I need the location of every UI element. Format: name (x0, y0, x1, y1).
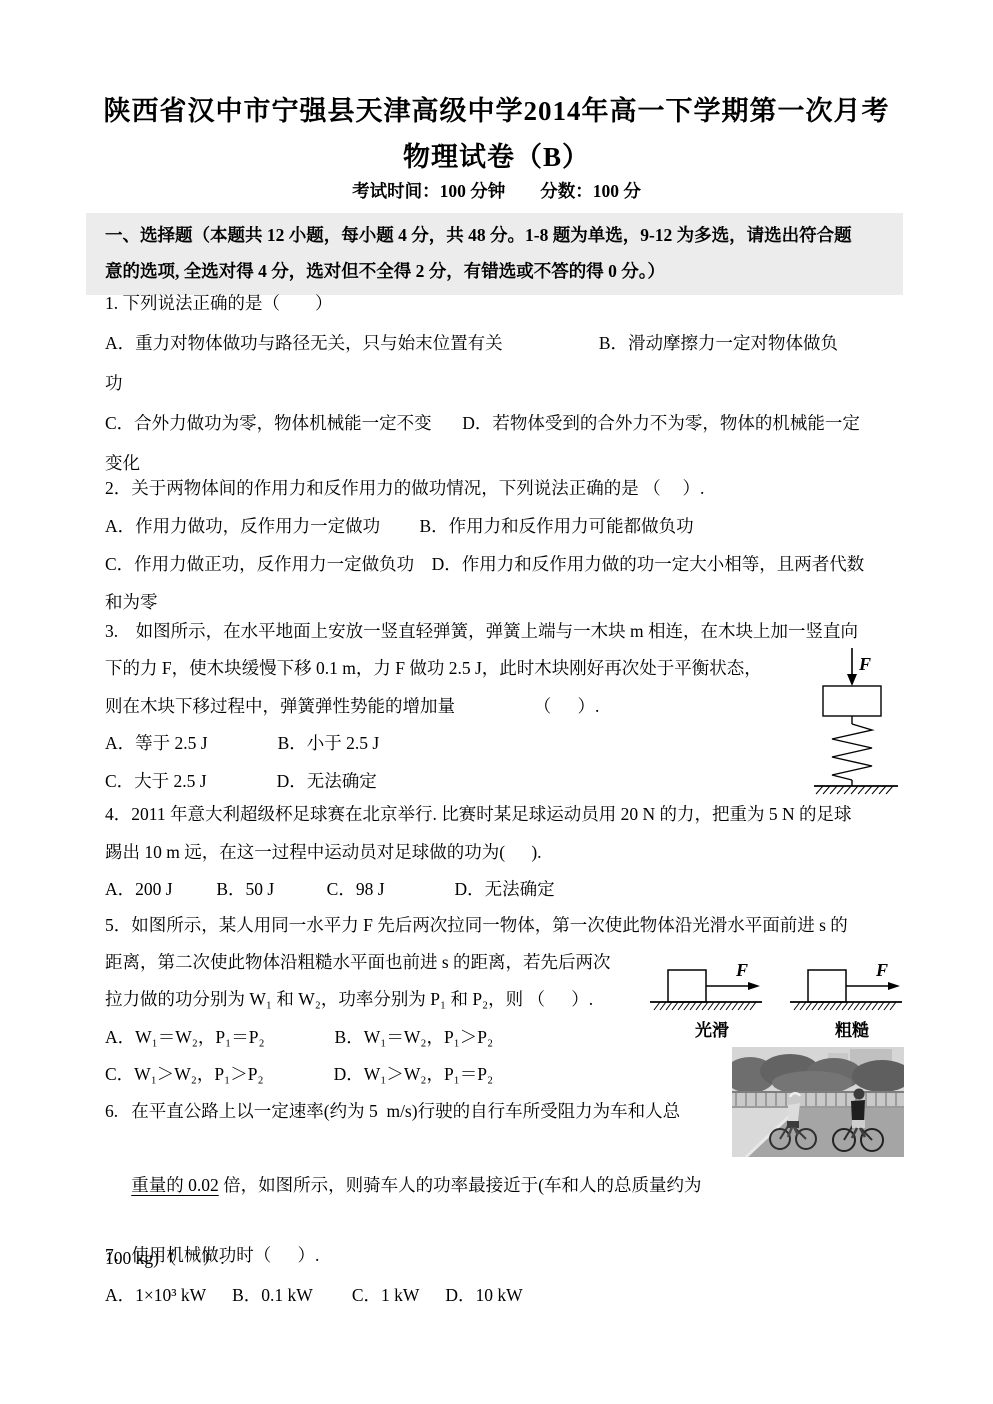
surface-caption: 光滑 (695, 1020, 730, 1040)
question-2: 2．关于两物体间的作用力和反作用力的做功情况，下列说法正确的是 （ ）. A．作… (105, 469, 925, 621)
question-line: C．W₁＞W₂，P₁＞P₂ D．W₁＞W₂，P₁＝P₂ (105, 1056, 725, 1093)
question-line: 下的力 F，使木块缓慢下移 0.1 m，力 F 做功 2.5 J，此时木块刚好再… (105, 650, 805, 687)
question-line: A．200 J B．50 J C．98 J D．无法确定 (105, 871, 925, 909)
question-line: A．重力对物体做功与路径无关，只与始末位置有关 B．滑动摩擦力一定对物体做负 (105, 323, 925, 363)
question-line: 距离，第二次使此物体沿粗糙水平面也前进 s 的距离，若先后两次 (105, 944, 725, 981)
question-line-rest: 倍，如图所示，则骑车人的功率最接近于(车和人的总质量约为 (219, 1175, 702, 1195)
cyclists-photo (732, 1047, 904, 1157)
question-line: A．等于 2.5 J B．小于 2.5 J (105, 725, 805, 762)
question-line: 1. 下列说法正确的是（ ） (105, 283, 925, 323)
smooth-surface-diagram: F 光滑 (650, 960, 762, 1040)
question-line: 重量的 0.02 倍，如图所示，则骑车人的功率最接近于(车和人的总质量约为 (105, 1130, 735, 1240)
question-line: 踢出 10 m 远，在这一过程中运动员对足球做的功为( ). (105, 834, 925, 872)
question-line: 2．关于两物体间的作用力和反作用力的做功情况，下列说法正确的是 （ ）. (105, 469, 925, 507)
question-line: A．作用力做功，反作用力一定做功 B．作用力和反作用力可能都做负功 (105, 507, 925, 545)
question-line: 5．如图所示，某人用同一水平力 F 先后两次拉同一物体，第一次使此物体沿光滑水平… (105, 907, 725, 944)
ground-hatching (816, 786, 893, 794)
question-4: 4．2011 年意大利超级杯足球赛在北京举行. 比赛时某足球运动员用 20 N … (105, 796, 925, 909)
surface-caption: 粗糙 (835, 1020, 869, 1040)
rough-surface-diagram: F 粗糙 (790, 960, 902, 1040)
block (808, 970, 846, 1002)
underlined-value: 重量的 0.02 (131, 1175, 219, 1195)
question-line: 功 (105, 363, 925, 403)
ground-hatching (794, 1002, 896, 1010)
question-line: 6. 在平直公路上以一定速率(约为 5 m/s)行驶的自行车所受阻力为车和人总 (105, 1093, 735, 1130)
spring-block-figure: F (806, 646, 906, 798)
page-title: 陕西省汉中市宁强县天津高级中学2014年高一下学期第一次月考 物理试卷（B） (0, 88, 993, 180)
question-3: 3. 如图所示，在水平地面上安放一竖直轻弹簧，弹簧上端与一木块 m 相连，在木块… (105, 613, 805, 800)
force-label: F (858, 654, 871, 674)
photo-railing (732, 1091, 904, 1108)
question-line: C．作用力做正功，反作用力一定做负功 D．作用力和反作用力做的功一定大小相等，且… (105, 545, 925, 583)
question-5: 5．如图所示，某人用同一水平力 F 先后两次拉同一物体，第一次使此物体沿光滑水平… (105, 907, 725, 1093)
question-line: 4．2011 年意大利超级杯足球赛在北京举行. 比赛时某足球运动员用 20 N … (105, 796, 925, 834)
force-arrow-head (748, 982, 760, 990)
page-title-line2: 物理试卷（B） (0, 134, 993, 180)
friction-surfaces-figure: F 光滑 F 粗糙 (648, 948, 910, 1043)
spring-coil (832, 724, 872, 780)
question-line: A．1×10³ kW B．0.1 kW C．1 kW D．10 kW (105, 1277, 735, 1314)
question-line: C．合外力做功为零，物体机械能一定不变 D．若物体受到的合外力不为零，物体的机械… (105, 403, 925, 443)
block-m (823, 686, 881, 716)
section-header-line: 一、选择题（本题共 12 小题，每小题 4 分，共 48 分。1-8 题为单选，… (105, 217, 895, 253)
question-line: 3. 如图所示，在水平地面上安放一竖直轻弹簧，弹簧上端与一木块 m 相连，在木块… (105, 613, 805, 650)
question-line: 则在木块下移过程中，弹簧弹性势能的增加量 （ ）. (105, 688, 805, 725)
question-line: A．W₁＝W₂，P₁＝P₂ B．W₁＝W₂，P₁＞P₂ (105, 1019, 725, 1056)
question-1: 1. 下列说法正确的是（ ） A．重力对物体做功与路径无关，只与始末位置有关 B… (105, 283, 925, 483)
question-7: 7．使用机械做功时（ ）. (105, 1237, 705, 1274)
exam-meta: 考试时间：100 分钟 分数：100 分 (0, 178, 993, 203)
force-label: F (875, 960, 888, 980)
force-label: F (735, 960, 748, 980)
exam-page: 陕西省汉中市宁强县天津高级中学2014年高一下学期第一次月考 物理试卷（B） 考… (0, 0, 993, 1404)
page-title-line1: 陕西省汉中市宁强县天津高级中学2014年高一下学期第一次月考 (0, 88, 993, 134)
block (668, 970, 706, 1002)
question-6: 6. 在平直公路上以一定速率(约为 5 m/s)行驶的自行车所受阻力为车和人总 … (105, 1093, 735, 1314)
question-line: C．大于 2.5 J D．无法确定 (105, 763, 805, 800)
force-arrow-head (888, 982, 900, 990)
question-line: 拉力做的功分别为 W₁ 和 W₂，功率分别为 P₁ 和 P₂，则 （ ）. (105, 981, 725, 1018)
force-arrow-head (847, 674, 857, 686)
question-line: 7．使用机械做功时（ ）. (105, 1237, 705, 1274)
ground-hatching (654, 1002, 756, 1010)
